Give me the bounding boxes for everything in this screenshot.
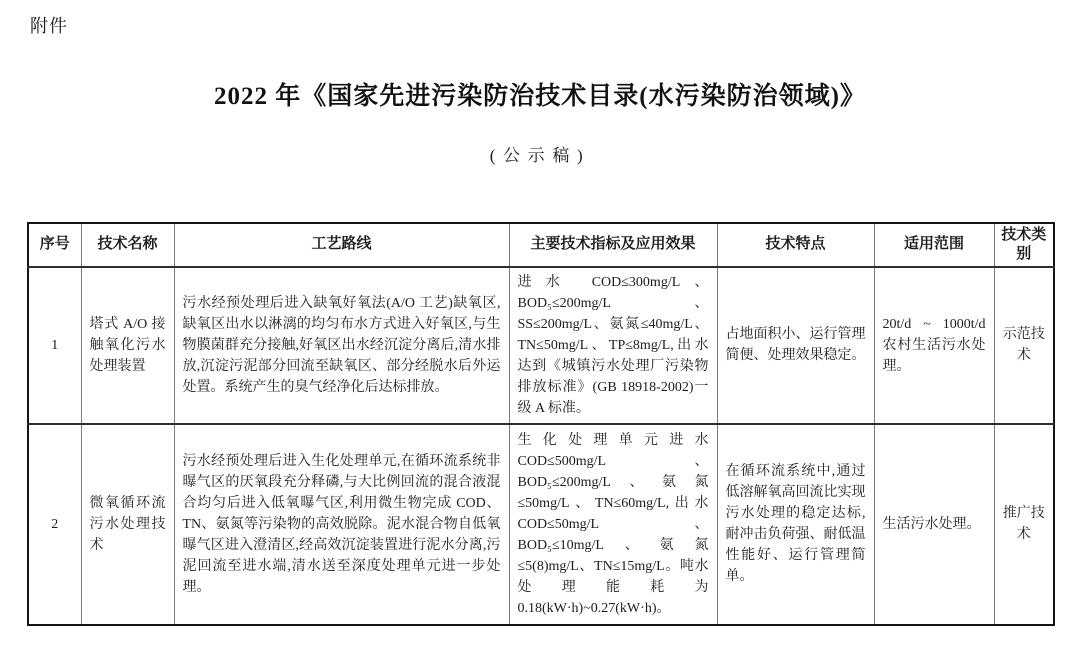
cell-serial-number: 2 xyxy=(28,424,81,625)
table-row: 2 微氧循环流污水处理技术 污水经预处理后进入生化处理单元,在循环流系统非曝气区… xyxy=(28,424,1054,625)
cell-features: 在循环流系统中,通过低溶解氧高回流比实现污水处理的稳定达标,耐冲击负荷强、耐低温… xyxy=(717,424,874,625)
column-header-indicators: 主要技术指标及应用效果 xyxy=(509,223,717,267)
column-header-scope: 适用范围 xyxy=(874,223,994,267)
cell-category: 示范技术 xyxy=(994,267,1054,424)
column-header-category: 技术类别 xyxy=(994,223,1054,267)
cell-process-route: 污水经预处理后进入缺氧好氧法(A/O 工艺)缺氧区,缺氧区出水以淋漓的均匀布水方… xyxy=(174,267,509,424)
table-row: 1 塔式 A/O 接触氧化污水处理装置 污水经预处理后进入缺氧好氧法(A/O 工… xyxy=(28,267,1054,424)
technology-catalog-table: 序号 技术名称 工艺路线 主要技术指标及应用效果 技术特点 适用范围 技术类别 … xyxy=(27,222,1055,626)
document-page: 附件 2022 年《国家先进污染防治技术目录(水污染防治领域)》 (公示稿) 序… xyxy=(0,0,1080,657)
document-title: 2022 年《国家先进污染防治技术目录(水污染防治领域)》 xyxy=(0,76,1080,112)
cell-scope: 生活污水处理。 xyxy=(874,424,994,625)
cell-indicators: 生化处理单元进水 COD≤500mg/L、BOD₅≤200mg/L、氨氮≤50m… xyxy=(509,424,717,625)
column-header-process: 工艺路线 xyxy=(174,223,509,267)
document-subtitle: (公示稿) xyxy=(0,141,1080,166)
cell-features: 占地面积小、运行管理简便、处理效果稳定。 xyxy=(717,267,874,424)
cell-serial-number: 1 xyxy=(28,267,81,424)
cell-scope: 20t/d ~ 1000t/d 农村生活污水处理。 xyxy=(874,267,994,424)
column-header-tech-name: 技术名称 xyxy=(81,223,174,267)
column-header-features: 技术特点 xyxy=(717,223,874,267)
cell-category: 推广技术 xyxy=(994,424,1054,625)
column-header-serial: 序号 xyxy=(28,223,81,267)
cell-process-route: 污水经预处理后进入生化处理单元,在循环流系统非曝气区的厌氧段充分释磷,与大比例回… xyxy=(174,424,509,625)
attachment-label: 附件 xyxy=(30,12,68,38)
cell-tech-name: 微氧循环流污水处理技术 xyxy=(81,424,174,625)
cell-indicators: 进水 COD≤300mg/L、BOD₅≤200mg/L、SS≤200mg/L、氨… xyxy=(509,267,717,424)
table-header-row: 序号 技术名称 工艺路线 主要技术指标及应用效果 技术特点 适用范围 技术类别 xyxy=(28,223,1054,267)
cell-tech-name: 塔式 A/O 接触氧化污水处理装置 xyxy=(81,267,174,424)
